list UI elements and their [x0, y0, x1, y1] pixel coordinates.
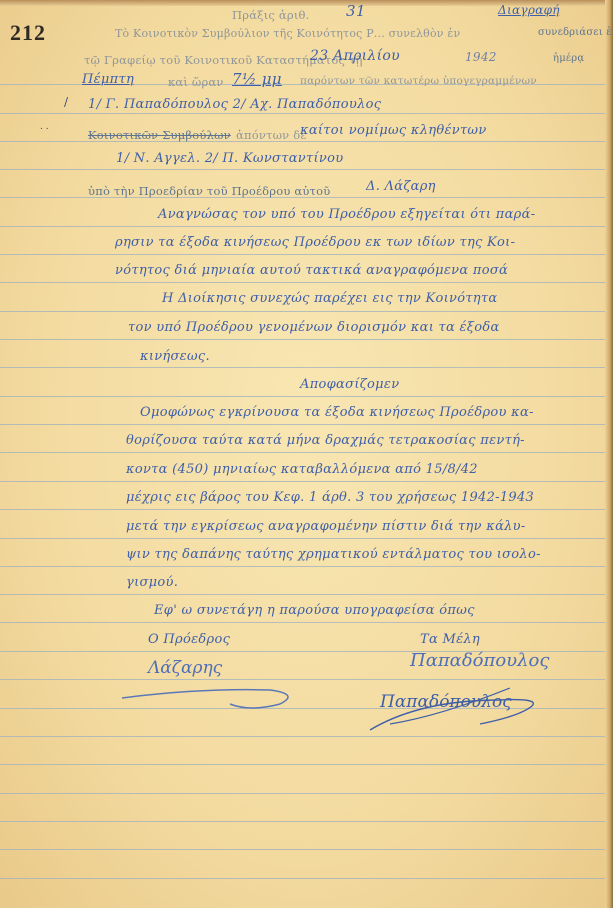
meeting-time: 7½ μμ: [232, 70, 282, 88]
ruled-line: [0, 424, 605, 425]
body-line: μετά την εγκρίσεως αναγραφομένην πίστιν …: [126, 519, 526, 534]
top-right-annotation: Διαγραφή: [498, 3, 560, 17]
absent-label: ἀπόντων δὲ: [236, 128, 307, 142]
body-line: ρησιν τα έξοδα κινήσεως Προέδρου εκ των …: [115, 235, 515, 250]
page-number: 212: [10, 20, 46, 46]
member-signature-flourish: [360, 680, 560, 740]
body-line: γισμού.: [126, 575, 178, 590]
ruled-line: [0, 509, 605, 510]
ruled-line: [0, 113, 605, 114]
body-line: νότητος διά μηνιαία αυτού τακτικά αναγρα…: [115, 263, 508, 278]
body-line: κοντα (450) μηνιαίως καταβαλλόμενα από 1…: [126, 462, 478, 477]
absent-label-struck: Κοινοτικῶν Συμβούλων: [88, 128, 231, 142]
page-binding-edge: [605, 0, 613, 908]
ruled-line: [0, 254, 605, 255]
present-label: παρόντων τῶν κατωτέρω ὑπογεγραμμένων: [300, 75, 537, 87]
ruled-line: [0, 594, 605, 595]
body-line: μέχρις εις βάρος του Κεφ. 1 άρθ. 3 του χ…: [126, 490, 534, 505]
body-line: Αναγνώσας τον υπό του Προέδρου εξηγείται…: [158, 207, 535, 222]
chair-label: ὑπὸ τὴν Προεδρίαν τοῦ Προέδρου αὐτοῦ: [88, 184, 330, 198]
meeting-date: 23 Απριλίου: [310, 48, 400, 64]
absent-reason: καίτοι νομίμως κληθέντων: [300, 123, 487, 138]
members-label: Τα Μέλη: [420, 632, 480, 647]
act-number: 31: [346, 2, 366, 20]
ruled-line: [0, 396, 605, 397]
header-line-1: Τὸ Κοινοτικὸν Συμβούλιον τῆς Κοινότητος …: [115, 27, 460, 40]
president-signature: Λάζαρης: [148, 658, 222, 678]
ruled-line: [0, 169, 605, 170]
body-line: κινήσεως.: [140, 349, 210, 364]
ruled-line: [0, 452, 605, 453]
member1-signature: Παπαδόπουλος: [410, 650, 549, 671]
ruled-line: [0, 764, 605, 765]
ruled-line: [0, 538, 605, 539]
ruled-line: [0, 793, 605, 794]
ruled-line: [0, 821, 605, 822]
ruled-line: [0, 878, 605, 879]
header-line-1-tail: συνεδριάσει ἐν: [538, 27, 613, 38]
ruled-line: [0, 622, 605, 623]
president-label: Ο Πρόεδρος: [148, 632, 230, 647]
ruled-line: [0, 481, 605, 482]
ruled-line: [0, 311, 605, 312]
ruled-line: [0, 339, 605, 340]
ruled-line: [0, 226, 605, 227]
president-signature-flourish: [120, 680, 300, 730]
ruled-line: [0, 367, 605, 368]
weekday: Πέμπτη: [82, 72, 134, 87]
meeting-year: 1942: [465, 50, 497, 64]
body-line: τον υπό Προέδρου γενομένων διορισμόν και…: [128, 320, 500, 335]
ruled-line: [0, 282, 605, 283]
time-label: καὶ ὥραν: [168, 75, 224, 89]
attendees-line-3: 1/ Ν. Αγγελ. 2/ Π. Κωνσταντίνου: [116, 151, 343, 166]
act-label: Πράξις ἀριθ.: [232, 8, 310, 22]
day-label: ἡμέρᾳ: [553, 53, 584, 64]
document-page: 212 Πράξις ἀριθ. 31 Διαγραφή Τὸ Κοινοτικ…: [0, 0, 613, 908]
body-line: Η Διοίκησις συνεχώς παρέχει εις την Κοιν…: [162, 291, 497, 306]
margin-mark: . .: [40, 122, 49, 132]
ruled-line: [0, 566, 605, 567]
attendees-line-1: 1/ Γ. Παπαδόπουλος 2/ Αχ. Παπαδόπουλος: [88, 97, 381, 112]
chair-name: Δ. Λάζαρη: [366, 179, 436, 194]
body-line: θορίζουσα ταύτα κατά μήνα δραχμάς τετρακ…: [126, 433, 525, 448]
body-line: ψιν της δαπάνης ταύτης χρηματικού εντάλμ…: [126, 547, 541, 562]
ruled-line: [0, 849, 605, 850]
body-line: Ομοφώνως εγκρίνουσα τα έξοδα κινήσεως Πρ…: [140, 405, 534, 420]
decision-heading: Αποφασίζομεν: [300, 377, 399, 392]
margin-mark: /: [64, 95, 68, 109]
closing-line: Εφ' ω συνετάγη η παρούσα υπογραφείσα όπω…: [154, 603, 475, 618]
